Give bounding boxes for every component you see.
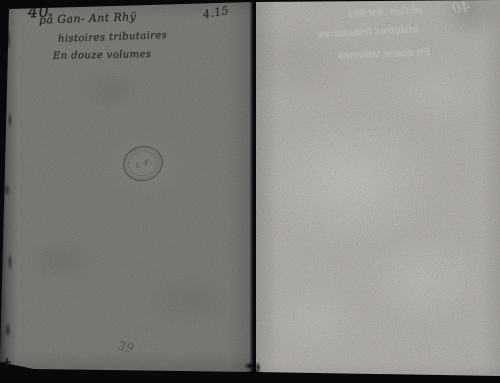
ink-smudge [240,358,266,378]
pencil-number: 39 [117,338,136,355]
left-page: 40 på Gan- Ant Rhÿ histoires tributaires… [0,0,253,376]
inscription-line-3: En douze volumes [53,49,152,62]
showthrough-line-3: En douze volumes [338,47,430,61]
showthrough-line-2: histoires tributaires [318,24,419,40]
library-stamp-icon: L·F [119,142,166,186]
showthrough-line-1: på Gan- Ant Rhÿ [348,6,423,20]
stamp-text: L·F [135,158,151,169]
spine-edge-wear [4,0,16,376]
showthrough-number: 40 [451,0,471,17]
inscription-line-1: på Gan- Ant Rhÿ [39,10,137,26]
right-page: på Gan- Ant Rhÿ histoires tributaires En… [256,0,500,379]
book-scan-canvas: 40 på Gan- Ant Rhÿ histoires tributaires… [0,0,500,383]
inscription-line-2: histoires tributaires [58,30,168,45]
price-note: 4.15 [202,4,230,21]
corner-cross-mark: + [2,355,12,369]
